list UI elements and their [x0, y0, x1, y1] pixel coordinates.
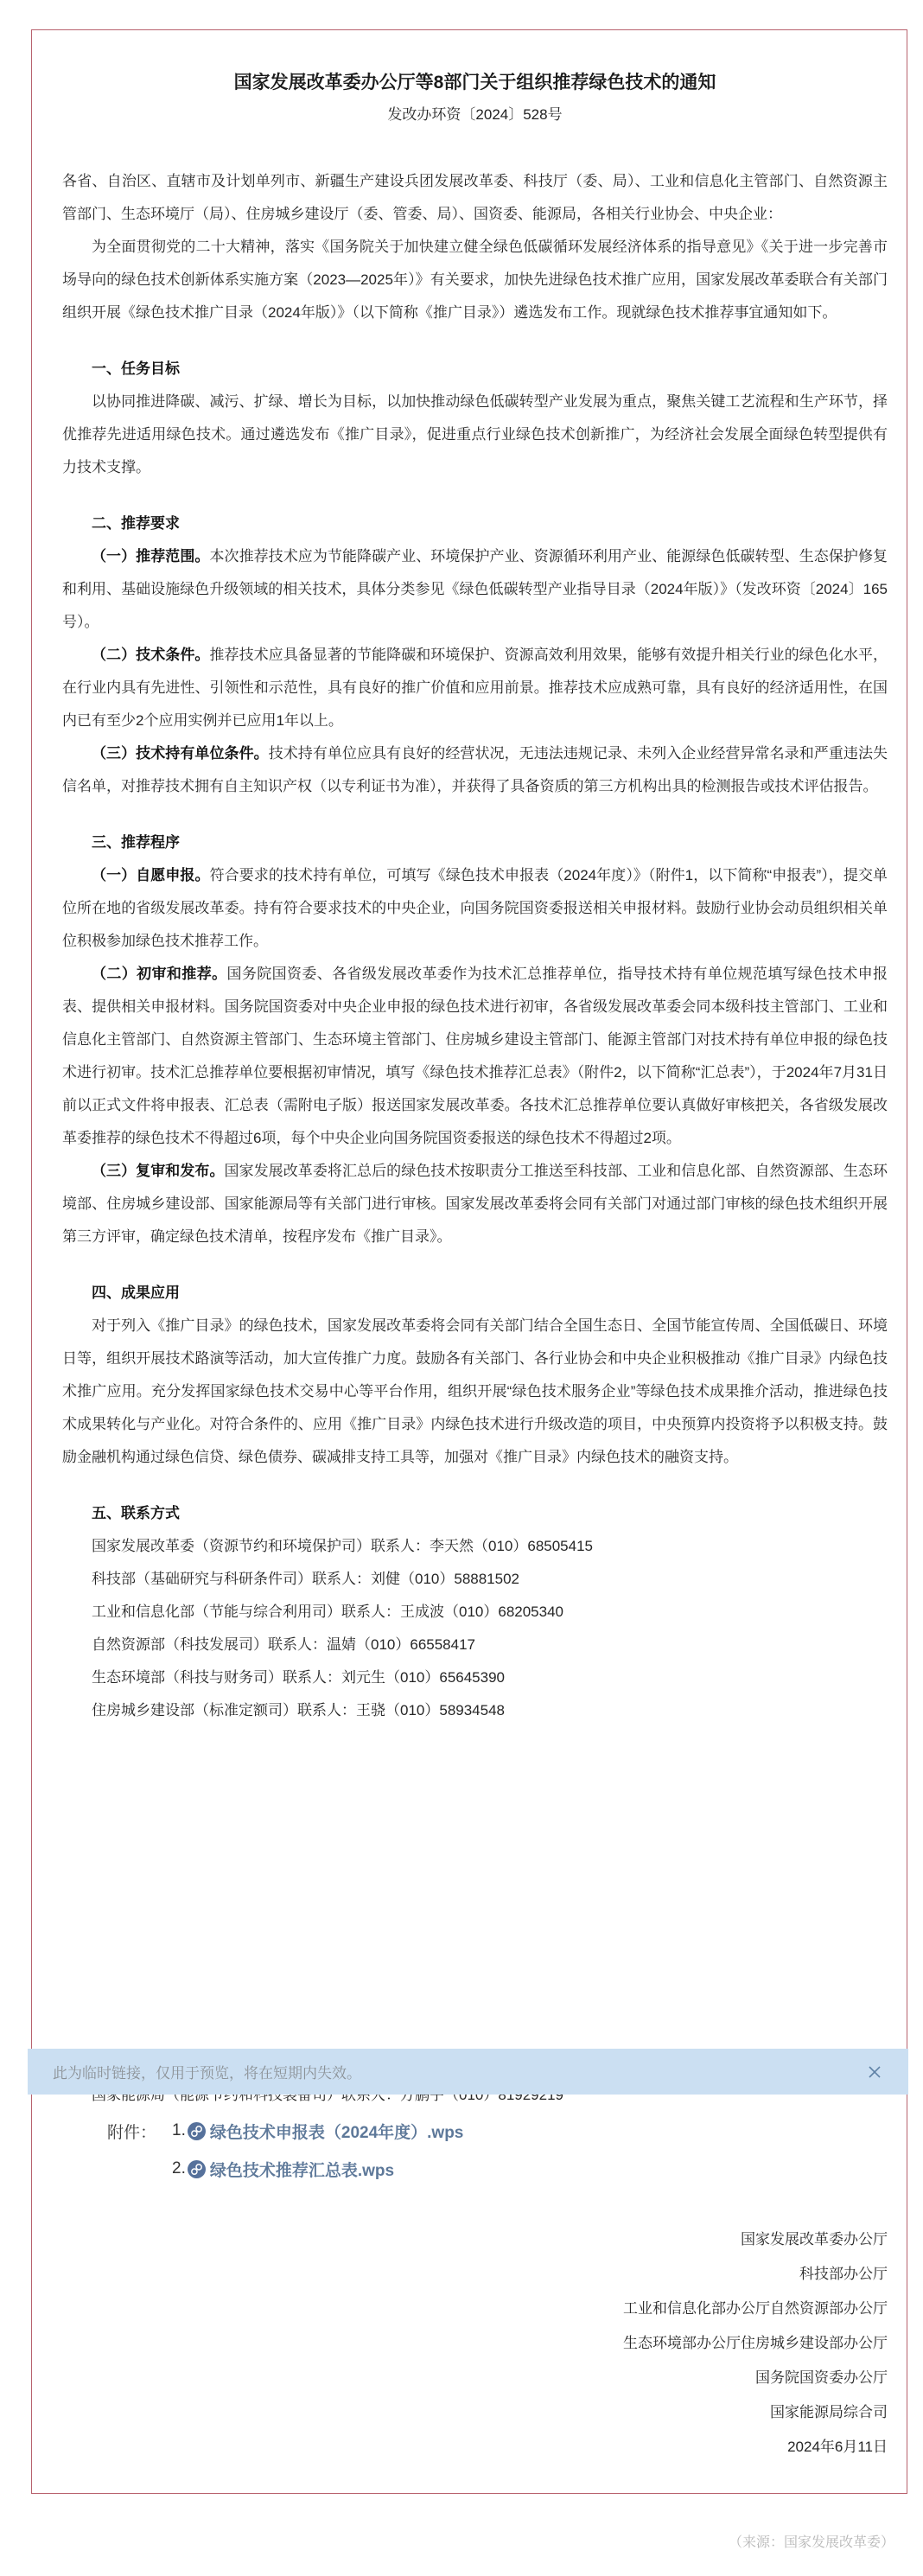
- link-icon: [188, 2160, 206, 2178]
- section-heading-2: 二、推荐要求: [62, 507, 888, 540]
- signatory: 工业和信息化部办公厅自然资源部办公厅: [623, 2292, 888, 2326]
- source-attribution: （来源：国家发展改革委）: [729, 2531, 894, 2551]
- contact-line: 科技部（基础研究与科研条件司）联系人：刘健（010）58881502: [62, 1563, 888, 1596]
- paragraph-text: 国务院国资委、各省级发展改革委作为技术汇总推荐单位，指导技术持有单位规范填写绿色…: [62, 966, 888, 1146]
- attachment-link-2[interactable]: 绿色技术推荐汇总表.wps: [210, 2158, 394, 2181]
- section-heading-1: 一、任务目标: [62, 353, 888, 386]
- contact-line: 工业和信息化部（节能与综合利用司）联系人：王成波（010）68205340: [62, 1596, 888, 1629]
- page: { "document": { "title": "国家发展改革委办公厅等8部门…: [0, 0, 923, 2576]
- paragraph-lead: （三）技术持有单位条件。: [92, 745, 269, 762]
- document-frame: 国家发展改革委办公厅等8部门关于组织推荐绿色技术的通知 发改办环资〔2024〕5…: [31, 29, 907, 2494]
- paragraph: （一）自愿申报。符合要求的技术持有单位，可填写《绿色技术申报表（2024年度）》…: [62, 859, 888, 958]
- paragraph-lead: （一）推荐范围。: [92, 548, 209, 564]
- banner-message: 此为临时链接，仅用于预览，将在短期内失效。: [53, 2061, 361, 2082]
- attachments-label: 附件：: [107, 2120, 156, 2143]
- paragraph: 对于列入《推广目录》的绿色技术，国家发展改革委将会同有关部门结合全国生态日、全国…: [62, 1310, 888, 1474]
- paragraph-lead: （二）初审和推荐。: [92, 966, 226, 982]
- paragraph: （二）初审和推荐。国务院国资委、各省级发展改革委作为技术汇总推荐单位，指导技术持…: [62, 958, 888, 1155]
- contact-line: 国家发展改革委（资源节约和环境保护司）联系人：李天然（010）68505415: [62, 1530, 888, 1563]
- signature-block: 国家发展改革委办公厅 科技部办公厅 工业和信息化部办公厅自然资源部办公厅 生态环…: [623, 2222, 888, 2464]
- signatory: 科技部办公厅: [623, 2257, 888, 2292]
- paragraph: （三）复审和发布。国家发展改革委将汇总后的绿色技术按职责分工推送至科技部、工业和…: [62, 1155, 888, 1253]
- attachment-row: 附件： 1. 绿色技术申报表（2024年度）.wps: [107, 2112, 907, 2150]
- contact-line: 住房城乡建设部（标准定额司）联系人：王骁（010）58934548: [62, 1694, 888, 1727]
- document-body: 各省、自治区、直辖市及计划单列市、新疆生产建设兵团发展改革委、科技厅（委、局）、…: [62, 165, 888, 1727]
- attachment-row: 2. 绿色技术推荐汇总表.wps: [107, 2150, 907, 2188]
- temporary-link-banner: 此为临时链接，仅用于预览，将在短期内失效。: [28, 2049, 908, 2095]
- paragraph-lead: （一）自愿申报。: [92, 867, 210, 883]
- attachment-number: 2.: [172, 2159, 186, 2178]
- banner-zone: 国家能源局（能源节约和科技装备司）联系人：万鹏宇（010）81929219 此为…: [32, 2046, 907, 2112]
- paragraph: 为全面贯彻党的二十大精神，落实《国务院关于加快建立健全绿色低碳循环发展经济体系的…: [62, 231, 888, 329]
- issue-date: 2024年6月11日: [623, 2430, 888, 2464]
- link-icon: [188, 2122, 206, 2140]
- addressee-paragraph: 各省、自治区、直辖市及计划单列市、新疆生产建设兵团发展改革委、科技厅（委、局）、…: [62, 165, 888, 231]
- attachment-number: 1.: [172, 2121, 186, 2140]
- paragraph-lead: （二）技术条件。: [92, 647, 209, 663]
- section-heading-3: 三、推荐程序: [62, 826, 888, 859]
- signatory: 国家能源局综合司: [623, 2395, 888, 2430]
- document-number: 发改办环资〔2024〕528号: [62, 104, 888, 126]
- paragraph: （一）推荐范围。本次推荐技术应为节能降碳产业、环境保护产业、资源循环利用产业、能…: [62, 540, 888, 639]
- paragraph: 以协同推进降碳、减污、扩绿、增长为目标，以加快推动绿色低碳转型产业发展为重点，聚…: [62, 386, 888, 484]
- section-heading-5: 五、联系方式: [62, 1497, 888, 1530]
- page-title: 国家发展改革委办公厅等8部门关于组织推荐绿色技术的通知: [62, 70, 888, 96]
- paragraph: （二）技术条件。推荐技术应具备显著的节能降碳和环境保护、资源高效利用效果，能够有…: [62, 639, 888, 737]
- contact-line: 自然资源部（科技发展司）联系人：温婧（010）66558417: [62, 1629, 888, 1661]
- signatory: 国务院国资委办公厅: [623, 2361, 888, 2395]
- attachments-section: 附件： 1. 绿色技术申报表（2024年度）.wps 2. 绿色技术推荐汇总表.…: [32, 2112, 907, 2188]
- close-icon[interactable]: [867, 2064, 882, 2080]
- paragraph: （三）技术持有单位条件。技术持有单位应具有良好的经营状况，无违法违规记录、未列入…: [62, 737, 888, 803]
- contact-line: 生态环境部（科技与财务司）联系人：刘元生（010）65645390: [62, 1661, 888, 1694]
- signatory: 国家发展改革委办公厅: [623, 2222, 888, 2257]
- section-heading-4: 四、成果应用: [62, 1277, 888, 1310]
- paragraph-lead: （三）复审和发布。: [92, 1163, 225, 1179]
- attachment-link-1[interactable]: 绿色技术申报表（2024年度）.wps: [210, 2120, 464, 2143]
- signatory: 生态环境部办公厅住房城乡建设部办公厅: [623, 2326, 888, 2361]
